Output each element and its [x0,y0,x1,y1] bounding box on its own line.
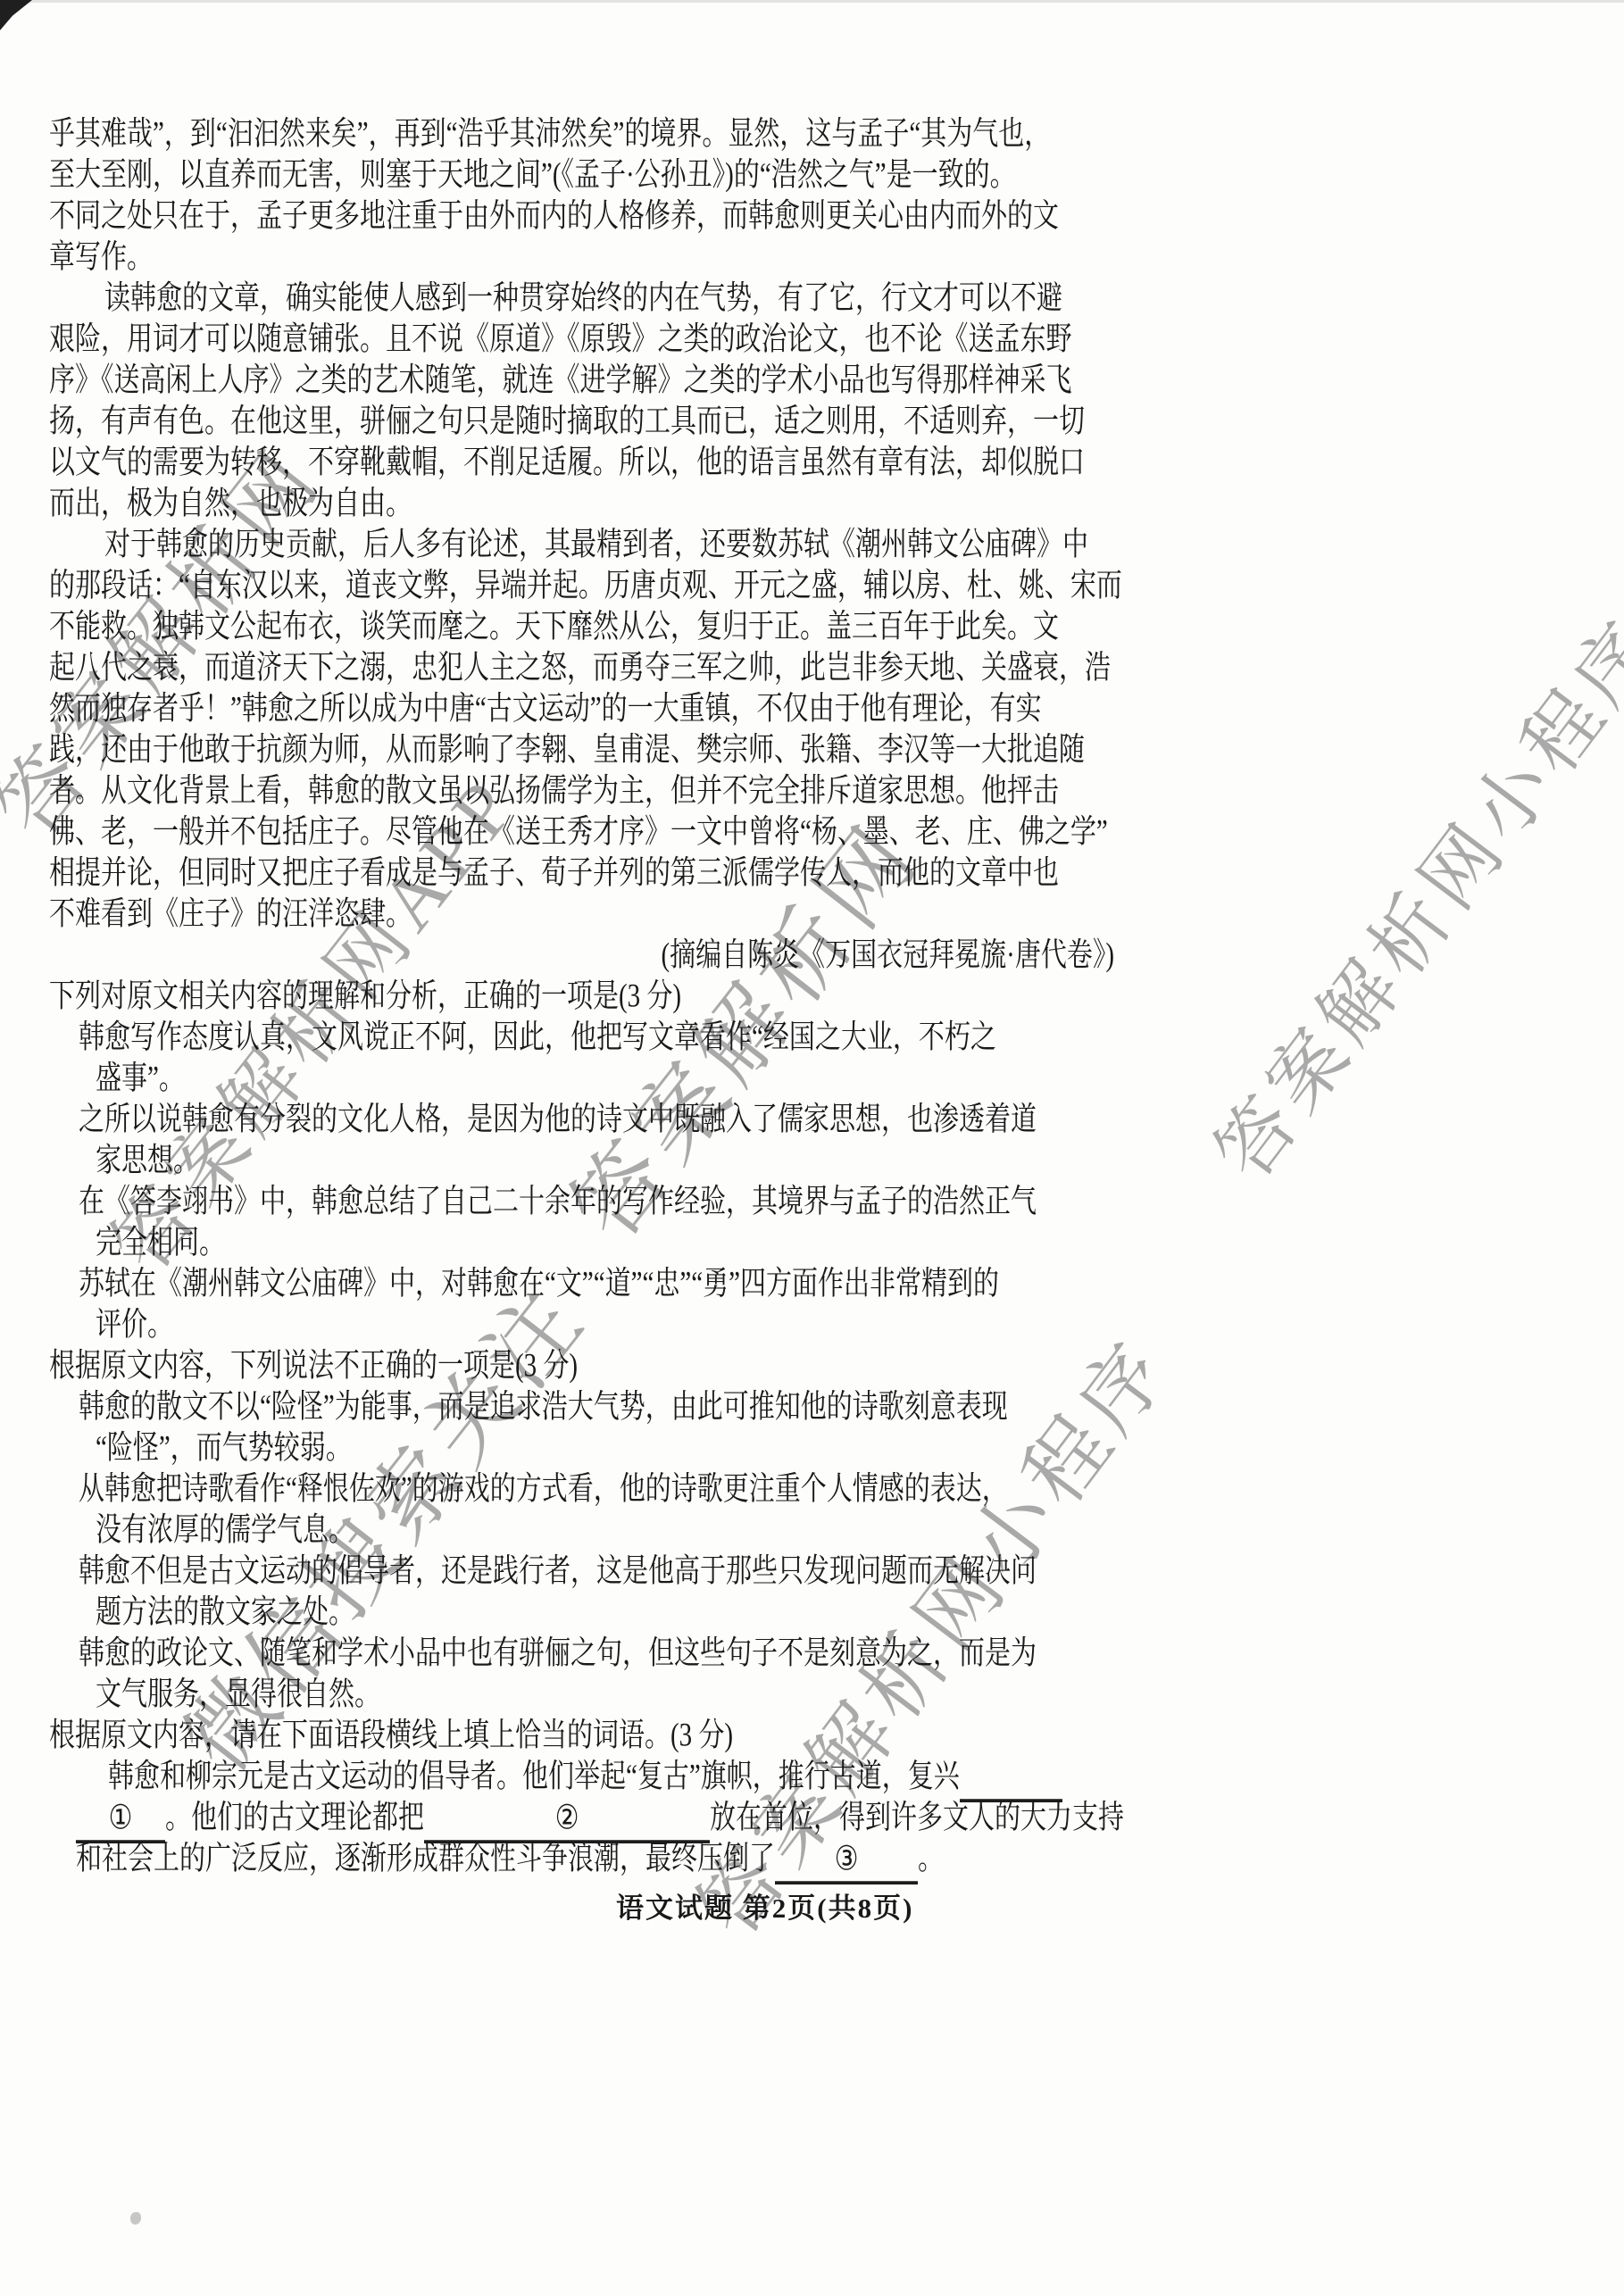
option-line: 韩愈写作态度认真，文风谠正不阿，因此，他把写文章看作“经国之大业，不朽之 [49,1018,1114,1059]
scanned-exam-page: { "passage": { "lines": [ {"t":"乎其难哉”，到“… [0,0,1624,2296]
questions: 下列对原文相关内容的理解和分析，正确的一项是(3 分)韩愈写作态度认真，文风谠正… [49,977,1114,1880]
text-run: 苏轼在《潮州韩文公庙碑》中，对韩愈在“文”“道”“忠”“勇”四方面作出非常精到的 [79,1258,999,1310]
attribution-text: (摘编自陈炎《万国衣冠拜冕旒·唐代卷》) [662,929,1114,981]
watermark-text: 答案解析网小程序 [1184,589,1624,1198]
answer-blank: ③ [775,1834,918,1884]
fill-text: 放在首位，得到许多文人的大力支持 [710,1800,1124,1835]
text-run: 不难看到《庄子》的汪洋恣肆。 [49,888,412,940]
fill-line-content: 和社会上的广泛反应，逐渐形成群众性斗争浪潮，最终压倒了③。 [76,1833,944,1884]
page-footer: 语文试题 第2页(共8页) [616,1885,913,1926]
fill-text: 和社会上的广泛反应，逐渐形成群众性斗争浪潮，最终压倒了 [76,1841,775,1876]
fill-text: 韩愈和柳宗元是古文运动的倡导者。他们举起“复古”旗帜，推行古道，复兴 [108,1759,960,1794]
fill-text: 。他们的古文理论都把 [165,1800,424,1835]
text-run: 韩愈写作态度认真，文风谠正不阿，因此，他把写文章看作“经国之大业，不朽之 [79,1011,996,1063]
option-line: 苏轼在《潮州韩文公庙碑》中，对韩愈在“文”“道”“忠”“勇”四方面作出非常精到的 [49,1264,1114,1305]
passage-lines: 乎其难哉”，到“汩汩然来矣”，再到“浩乎其沛然矣”的境界。显然，这与孟子“其为气… [49,114,1114,936]
scan-speck [130,2212,141,2225]
passage-line: 不同之处只在于，孟子更多地注重于由外而内的人格修养，而韩愈则更关心由内而外的文 [49,196,1114,237]
text-run: 不同之处只在于，孟子更多地注重于由外而内的人格修养，而韩愈则更关心由内而外的文 [49,190,1059,242]
option-line: 之所以说韩愈有分裂的文化人格，是因为他的诗文中既融入了儒家思想，也渗透着道 [49,1100,1114,1141]
exam-content: 乎其难哉”，到“汩汩然来矣”，再到“浩乎其沛然矣”的境界。显然，这与孟子“其为气… [49,114,1114,1880]
fill-line: 和社会上的广泛反应，逐渐形成群众性斗争浪潮，最终压倒了③。 [49,1839,1114,1880]
scan-edge-shadow [0,0,1624,3]
text-run: 之所以说韩愈有分裂的文化人格，是因为他的诗文中既融入了儒家思想，也渗透着道 [79,1094,1037,1145]
scan-corner-artifact [0,0,45,30]
fill-text: 。 [918,1841,944,1876]
